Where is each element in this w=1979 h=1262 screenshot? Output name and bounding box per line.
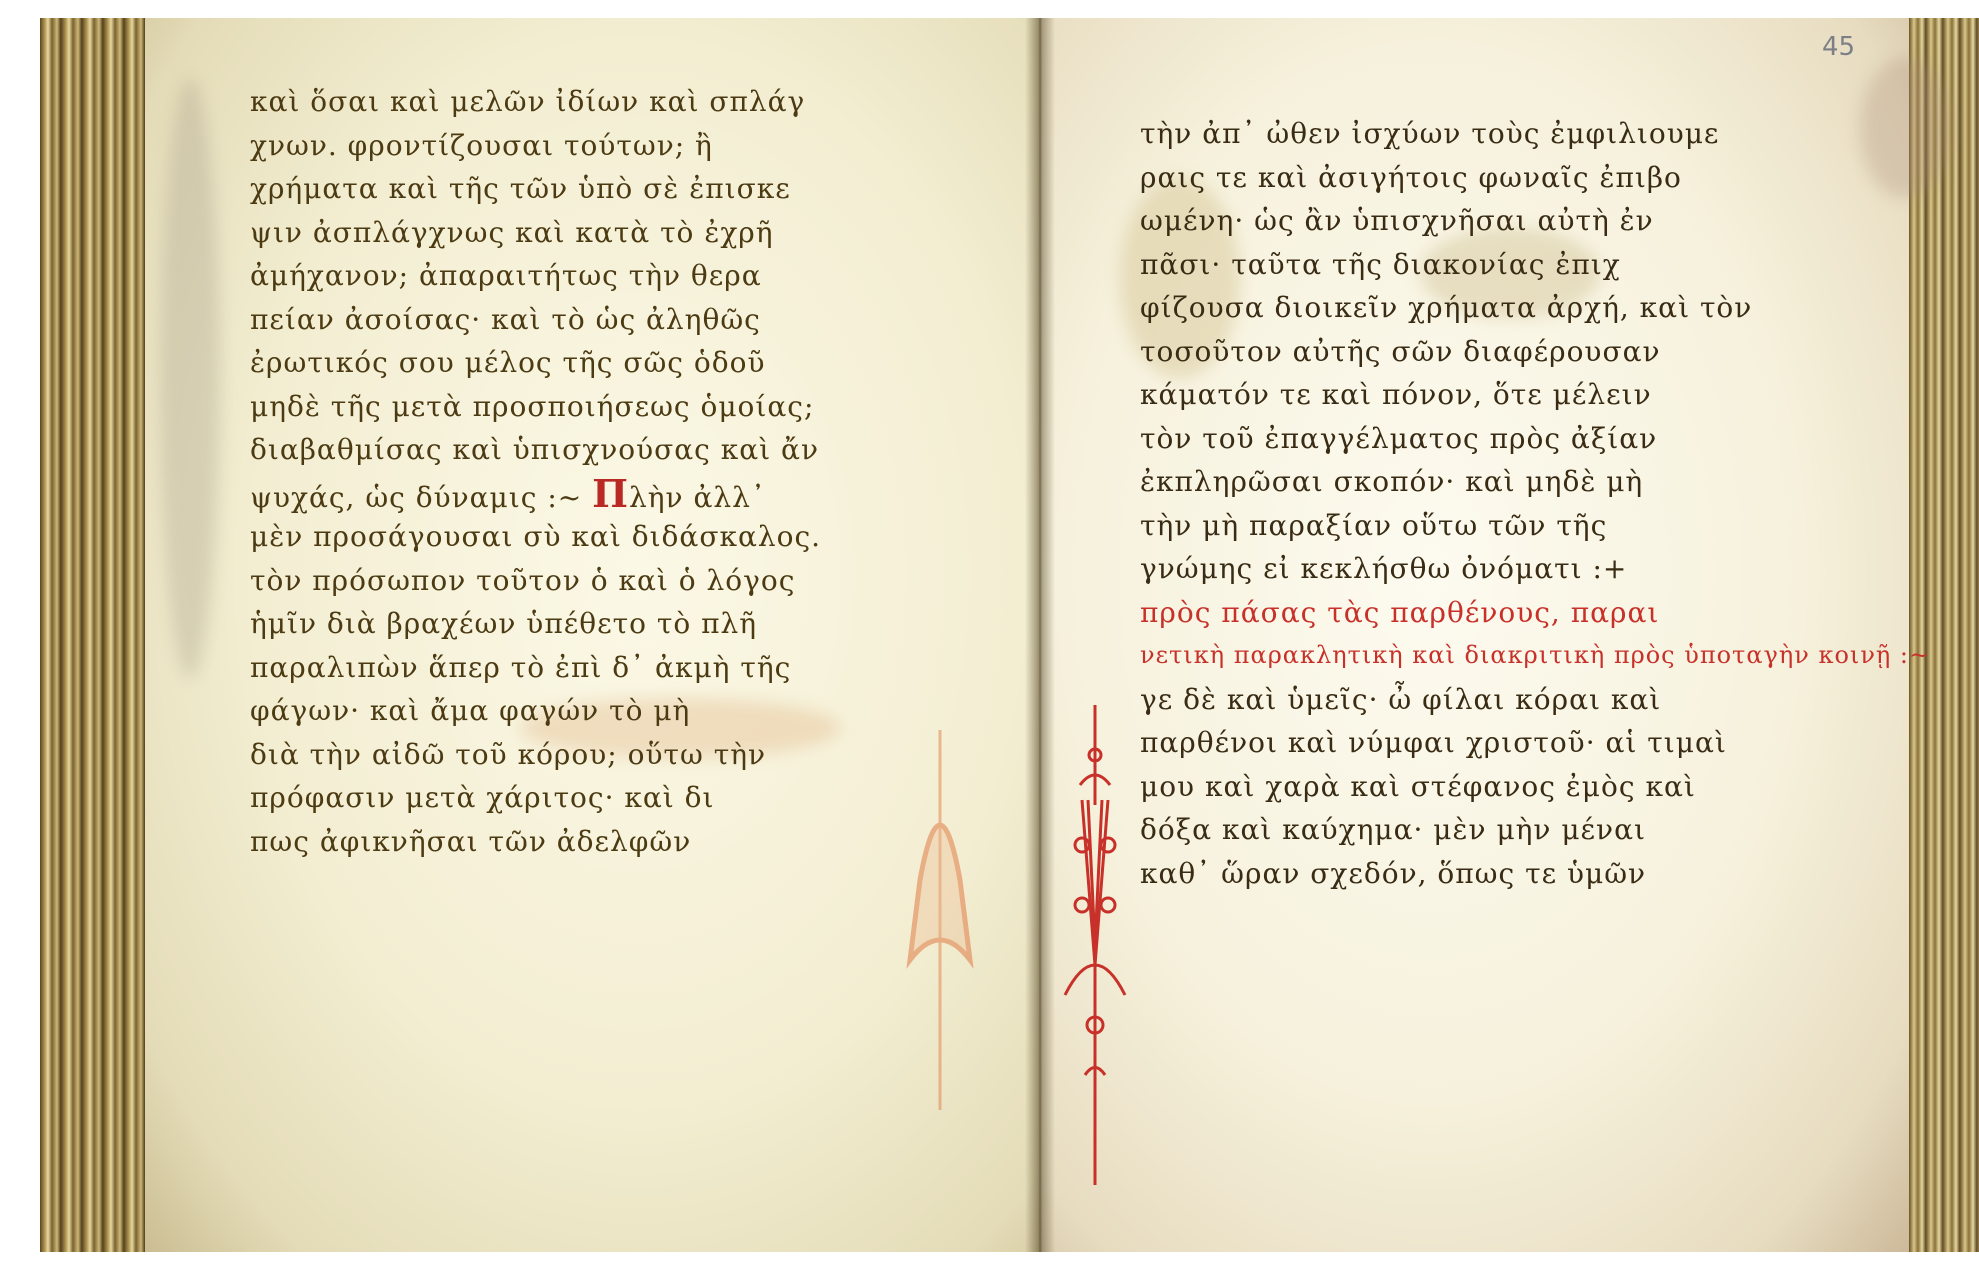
text-line: πᾶσι· ταῦτα τῆς διακονίας ἐπιχ <box>1140 243 1800 287</box>
text-line: παραλιπὼν ἅπερ τὸ ἐπὶ δ᾽ ἀκμὴ τῆς <box>250 646 930 690</box>
text-line: πρόφασιν μετὰ χάριτος· καὶ δι <box>250 776 930 820</box>
text-line: τοσοῦτον αὐτῆς σῶν διαφέρουσαν <box>1140 330 1800 374</box>
text-line: παρθένοι καὶ νύμφαι χριστοῦ· αἱ τιμαὶ <box>1140 721 1800 765</box>
rubric-line: πρὸς πάσας τὰς παρθένους, παραι <box>1140 591 1800 635</box>
text-line: διαβαθμίσας καὶ ὑπισχνούσας καὶ ἄν <box>250 428 930 472</box>
text-line: τὸν πρόσωπον τοῦτον ὁ καὶ ὁ λόγος <box>250 559 930 603</box>
text-line: χνων. φροντίζουσαι τούτων; ἢ <box>250 124 930 168</box>
text-line: τὸν τοῦ ἐπαγγέλματος πρὸς ἀξίαν <box>1140 417 1800 461</box>
line-text: ψυχάς, ὡς δύναμις :~ <box>250 481 592 514</box>
stain <box>160 78 220 678</box>
text-line: φίζουσα διοικεῖν χρήματα ἀρχή, καὶ τὸν <box>1140 286 1800 330</box>
text-line: γε δὲ καὶ ὑμεῖς· ὦ φίλαι κόραι καὶ <box>1140 678 1800 722</box>
text-line: μηδὲ τῆς μετὰ προσποιήσεως ὁμοίας; <box>250 385 930 429</box>
right-page-text: τὴν ἀπ᾽ ὠθεν ἰσχύων τοὺς ἐμφιλιουμε ραις… <box>1140 112 1800 895</box>
text-line: τὴν μὴ παραξίαν οὕτω τῶν τῆς <box>1140 504 1800 548</box>
text-line: καὶ ὅσαι καὶ μελῶν ἰδίων καὶ σπλάγ <box>250 80 930 124</box>
text-line: διὰ τὴν αἰδῶ τοῦ κόρου; οὕτω τὴν <box>250 733 930 777</box>
folio-number: 45 <box>1822 32 1855 62</box>
text-line: ωμένη· ὡς ἂν ὑπισχνῆσαι αὐτὴ ἐν <box>1140 199 1800 243</box>
text-line: μὲν προσάγουσαι σὺ καὶ διδάσκαλος. <box>250 515 930 559</box>
text-line: ψιν ἀσπλάγχνως καὶ κατὰ τὸ ἐχρῆ <box>250 211 930 255</box>
text-line: ἐκπληρῶσαι σκοπόν· καὶ μηδὲ μὴ <box>1140 460 1800 504</box>
left-page-text: καὶ ὅσαι καὶ μελῶν ἰδίων καὶ σπλάγ χνων.… <box>250 80 930 863</box>
text-line: ραις τε καὶ ἀσιγήτοις φωναῖς ἐπιβο <box>1140 156 1800 200</box>
text-line: δόξα καὶ καύχημα· μὲν μὴν μέναι <box>1140 808 1800 852</box>
rubric-line: νετικὴ παρακλητικὴ καὶ διακριτικὴ πρὸς ὑ… <box>1140 634 1800 678</box>
text-line: φάγων· καὶ ἄμα φαγών τὸ μὴ <box>250 689 930 733</box>
red-initial: Π <box>592 471 629 516</box>
text-line: πείαν ἀσοίσας· καὶ τὸ ὡς ἀληθῶς <box>250 298 930 342</box>
text-line-with-initial: ψυχάς, ὡς δύναμις :~ Πλὴν ἀλλ᾽ <box>250 472 930 516</box>
book-gutter <box>1025 18 1055 1252</box>
text-line: πως ἀφικνῆσαι τῶν ἀδελφῶν <box>250 820 930 864</box>
left-page-edges <box>40 18 145 1252</box>
red-ornament-icon <box>1060 705 1130 1185</box>
text-line: γνώμης εἰ κεκλήσθω ὀνόματι :+ <box>1140 547 1800 591</box>
text-line: μου καὶ χαρὰ καὶ στέφανος ἐμὸς καὶ <box>1140 765 1800 809</box>
stain <box>1860 58 1950 198</box>
text-line: κάματόν τε καὶ πόνον, ὅτε μέλειν <box>1140 373 1800 417</box>
text-line: ἀμήχανον; ἀπαραιτήτως τὴν θερα <box>250 254 930 298</box>
text-line: χρήματα καὶ τῆς τῶν ὑπὸ σὲ ἐπισκε <box>250 167 930 211</box>
right-page-edges <box>1909 18 1979 1252</box>
line-text: λὴν ἀλλ᾽ <box>629 481 766 514</box>
text-line: ἡμῖν διὰ βραχέων ὑπέθετο τὸ πλῆ <box>250 602 930 646</box>
text-line: τὴν ἀπ᾽ ὠθεν ἰσχύων τοὺς ἐμφιλιουμε <box>1140 112 1800 156</box>
text-line: καθ᾽ ὥραν σχεδόν, ὅπως τε ὑμῶν <box>1140 852 1800 896</box>
text-line: ἐρωτικός σου μέλος τῆς σῶς ὁδοῦ <box>250 341 930 385</box>
